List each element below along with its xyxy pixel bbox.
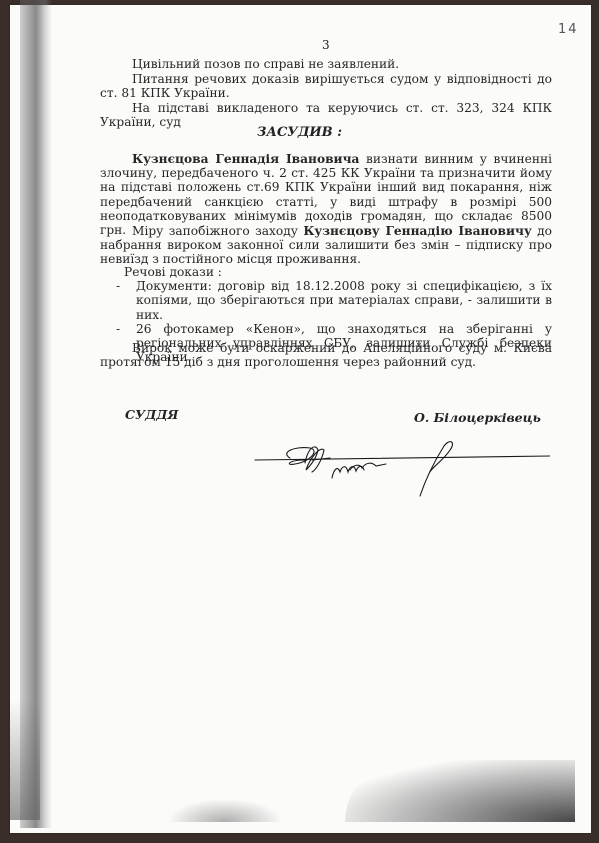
list-dash: - xyxy=(116,322,120,336)
handwritten-signature xyxy=(250,438,550,508)
scan-shadow-bottom-mid xyxy=(170,800,280,822)
evidence-item: - Документи: договір від 18.12.2008 року… xyxy=(100,279,552,322)
page-number: 3 xyxy=(322,38,330,52)
civil-claim-paragraph: Цивільний позов по справі не заявлений. xyxy=(100,57,552,71)
signature-name: О. Білоцерківець xyxy=(414,410,541,425)
signature-role: СУДДЯ xyxy=(125,407,178,422)
scan-shadow-bottom-right xyxy=(345,760,575,822)
list-dash: - xyxy=(116,279,120,293)
evidence-item-text: Документи: договір від 18.12.2008 року з… xyxy=(136,279,552,321)
appeal-paragraph: Вирок може бути оскаржений до Апеляційно… xyxy=(100,341,552,369)
preventive-measure-prefix: Міру запобіжного заходу xyxy=(132,224,303,238)
defendant-name-dative: Кузнєцову Геннадію Івановичу xyxy=(303,224,531,238)
defendant-name: Кузнєцова Геннадія Івановича xyxy=(132,152,359,166)
preventive-measure-paragraph: Міру запобіжного заходу Кузнєцову Геннад… xyxy=(100,224,552,267)
handwritten-page-mark: 14 xyxy=(558,22,579,37)
evidence-issue-paragraph: Питання речових доказів вирішується судо… xyxy=(100,72,552,100)
evidence-label: Речові докази : xyxy=(100,265,552,279)
verdict-heading: ЗАСУДИВ : xyxy=(0,125,599,140)
scan-shadow-left-bottom xyxy=(10,700,40,820)
